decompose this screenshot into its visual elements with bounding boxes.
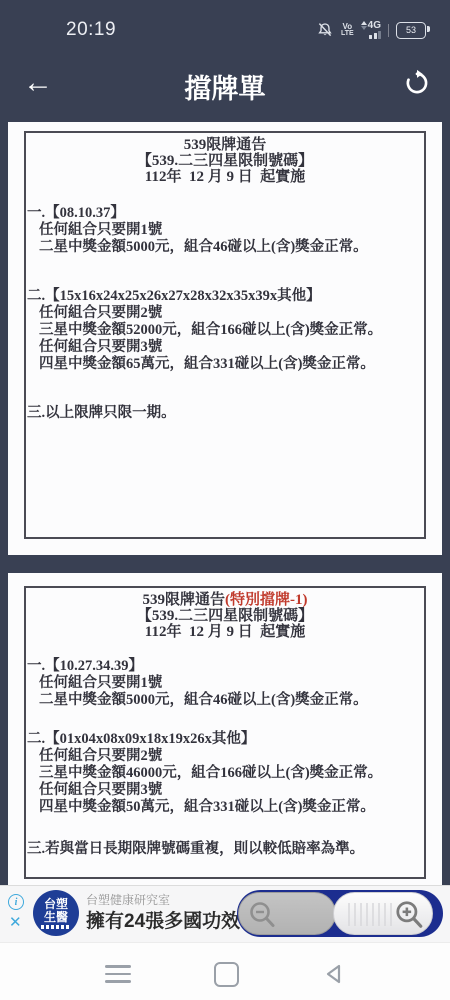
notice-line: 任何組合只要開3號 <box>26 782 424 799</box>
app-header: ← 擋牌單 <box>0 52 450 118</box>
notice-line: 三星中獎金額46000元，組合166碰以上(含)獎金正常。 <box>26 765 424 782</box>
close-icon: ✕ <box>9 914 22 931</box>
notice-card-1: 539限牌通告 【539.二三四星限制號碼】 112年 12 月 9 日 起實施… <box>8 122 442 555</box>
network-type-label: 4G <box>368 21 381 30</box>
notice-line: 二星中獎金額5000元，組合46碰以上(含)獎金正常。 <box>26 239 424 256</box>
status-icons: VoLTE 4G 53 <box>316 20 426 40</box>
notice-line: 二星中獎金額5000元，組合46碰以上(含)獎金正常。 <box>26 692 424 709</box>
notice-line: 任何組合只要開3號 <box>26 339 424 356</box>
magnifier-minus-icon <box>247 900 277 930</box>
signal-bars-icon <box>369 31 381 39</box>
notice-2-header: 539限牌通告(特別擋牌-1) 【539.二三四星限制號碼】 112年 12 月… <box>26 588 424 640</box>
notice-line: 三.以上限牌只限一期。 <box>26 405 424 422</box>
notice-2-date: 112年 12 月 9 日 起實施 <box>26 624 424 640</box>
special-block-label: (特別擋牌-1) <box>225 592 308 608</box>
triangle-left-icon <box>322 962 346 986</box>
notice-2-subtitle: 【539.二三四星限制號碼】 <box>26 608 424 624</box>
notice-1-frame: 539限牌通告 【539.二三四星限制號碼】 112年 12 月 9 日 起實施… <box>24 131 426 539</box>
notice-1-subtitle: 【539.二三四星限制號碼】 <box>26 153 424 169</box>
notice-1-header: 539限牌通告 【539.二三四星限制號碼】 112年 12 月 9 日 起實施 <box>26 133 424 185</box>
notice-line: 三星中獎金額52000元，組合166碰以上(含)獎金正常。 <box>26 322 424 339</box>
hamburger-icon <box>105 965 131 967</box>
status-divider <box>388 24 389 37</box>
ad-headline[interactable]: 擁有24張多國功效專 <box>86 906 259 933</box>
network-4g-icon: 4G <box>361 21 381 39</box>
notice-line: 二.【15x16x24x25x26x27x28x32x35x39x其他】 <box>26 288 424 305</box>
notice-line: 四星中獎金額50萬元，組合331碰以上(含)獎金正常。 <box>26 799 424 816</box>
uplink-arrow-icon <box>361 21 367 25</box>
logo-banner-strip <box>41 925 71 929</box>
ad-banner: i ✕ 台塑 生醫 台塑健康研究室 擁有24張多國功效專 <box>0 885 450 942</box>
notice-1-date: 112年 12 月 9 日 起實施 <box>26 169 424 185</box>
battery-percent: 53 <box>406 25 416 35</box>
advertiser-logo[interactable]: 台塑 生醫 <box>33 890 79 936</box>
notice-card-2: 539限牌通告(特別擋牌-1) 【539.二三四星限制號碼】 112年 12 月… <box>8 573 442 885</box>
refresh-icon <box>403 69 431 97</box>
zoom-in-button[interactable] <box>333 892 433 935</box>
volte-icon: VoLTE <box>341 23 354 37</box>
info-icon: i <box>15 897 18 908</box>
nav-menu-button[interactable] <box>104 961 132 987</box>
notice-line: 任何組合只要開1號 <box>26 675 424 692</box>
notice-1-title: 539限牌通告 <box>26 137 424 153</box>
ad-close-button[interactable]: ✕ <box>9 913 22 931</box>
notice-2-body: 一.【10.27.34.39】 任何組合只要開1號 二星中獎金額5000元，組合… <box>26 658 424 858</box>
notice-line: 任何組合只要開2號 <box>26 748 424 765</box>
refresh-button[interactable] <box>398 64 436 102</box>
notice-line: 任何組合只要開2號 <box>26 305 424 322</box>
status-bar: 20:19 VoLTE 4G <box>0 0 450 56</box>
zoom-control <box>237 890 443 937</box>
zoom-out-button[interactable] <box>238 892 336 935</box>
magnifier-plus-icon <box>393 899 425 931</box>
system-navbar <box>0 942 450 1000</box>
ad-info-button[interactable]: i <box>8 894 24 910</box>
clock: 20:19 <box>66 19 116 41</box>
notice-1-body: 一.【08.10.37】 任何組合只要開1號 二星中獎金額5000元，組合46碰… <box>26 205 424 422</box>
notice-line: 二.【01x04x08x09x18x19x26x其他】 <box>26 731 424 748</box>
home-square-icon <box>214 962 239 987</box>
notice-line: 四星中獎金額65萬元，組合331碰以上(含)獎金正常。 <box>26 356 424 373</box>
downlink-arrow-icon <box>361 26 367 30</box>
notice-line: 任何組合只要開1號 <box>26 222 424 239</box>
nav-back-button[interactable] <box>320 961 348 987</box>
phone-screen: 20:19 VoLTE 4G <box>0 0 450 1000</box>
notice-line: 一.【08.10.37】 <box>26 205 424 222</box>
notice-2-frame: 539限牌通告(特別擋牌-1) 【539.二三四星限制號碼】 112年 12 月… <box>24 586 426 879</box>
page-title: 擋牌單 <box>0 67 450 106</box>
document-scroll-area[interactable]: 539限牌通告 【539.二三四星限制號碼】 112年 12 月 9 日 起實施… <box>0 118 450 885</box>
notice-2-title: 539限牌通告(特別擋牌-1) <box>26 592 424 608</box>
notice-line: 三.若與當日長期限牌號碼重複，則以較低賠率為準。 <box>26 841 424 858</box>
bell-slash-icon <box>316 21 334 39</box>
nav-home-button[interactable] <box>212 961 240 987</box>
battery-icon: 53 <box>396 22 426 39</box>
notice-line: 一.【10.27.34.39】 <box>26 658 424 675</box>
